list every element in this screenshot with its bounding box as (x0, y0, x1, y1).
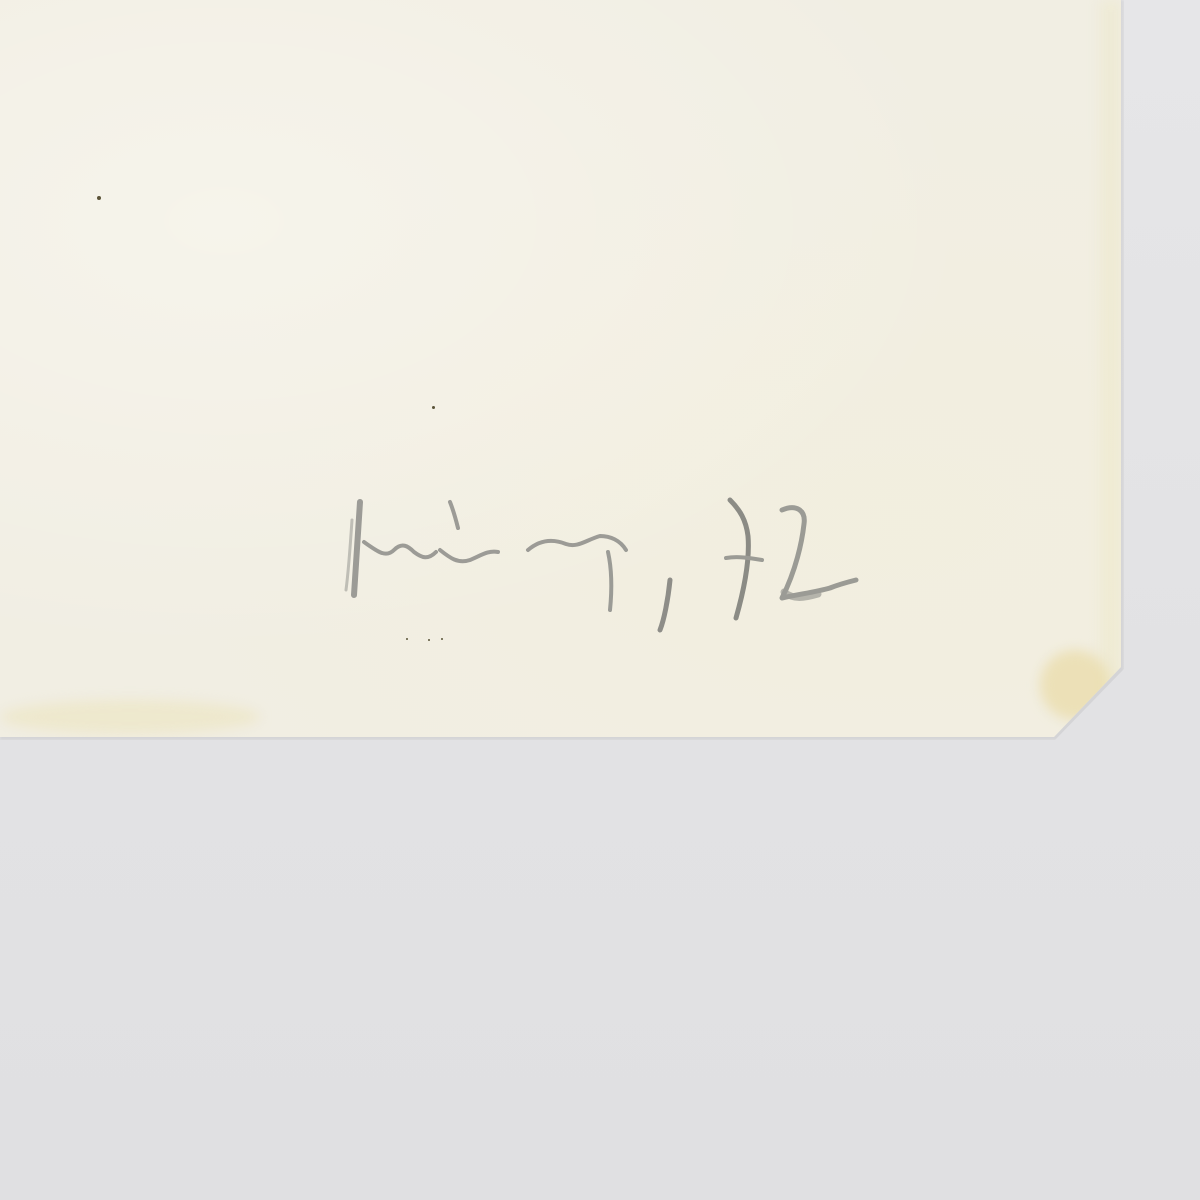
signature-strokes (330, 480, 910, 640)
paper-bottom-discoloration (0, 700, 260, 734)
pencil-signature: Miró, 72 (330, 480, 910, 640)
paper-sheet: Miró, 72 (0, 0, 1121, 737)
paper-speck (97, 196, 101, 200)
paper-speck (432, 406, 435, 409)
paper-edge-discoloration (1100, 0, 1122, 700)
